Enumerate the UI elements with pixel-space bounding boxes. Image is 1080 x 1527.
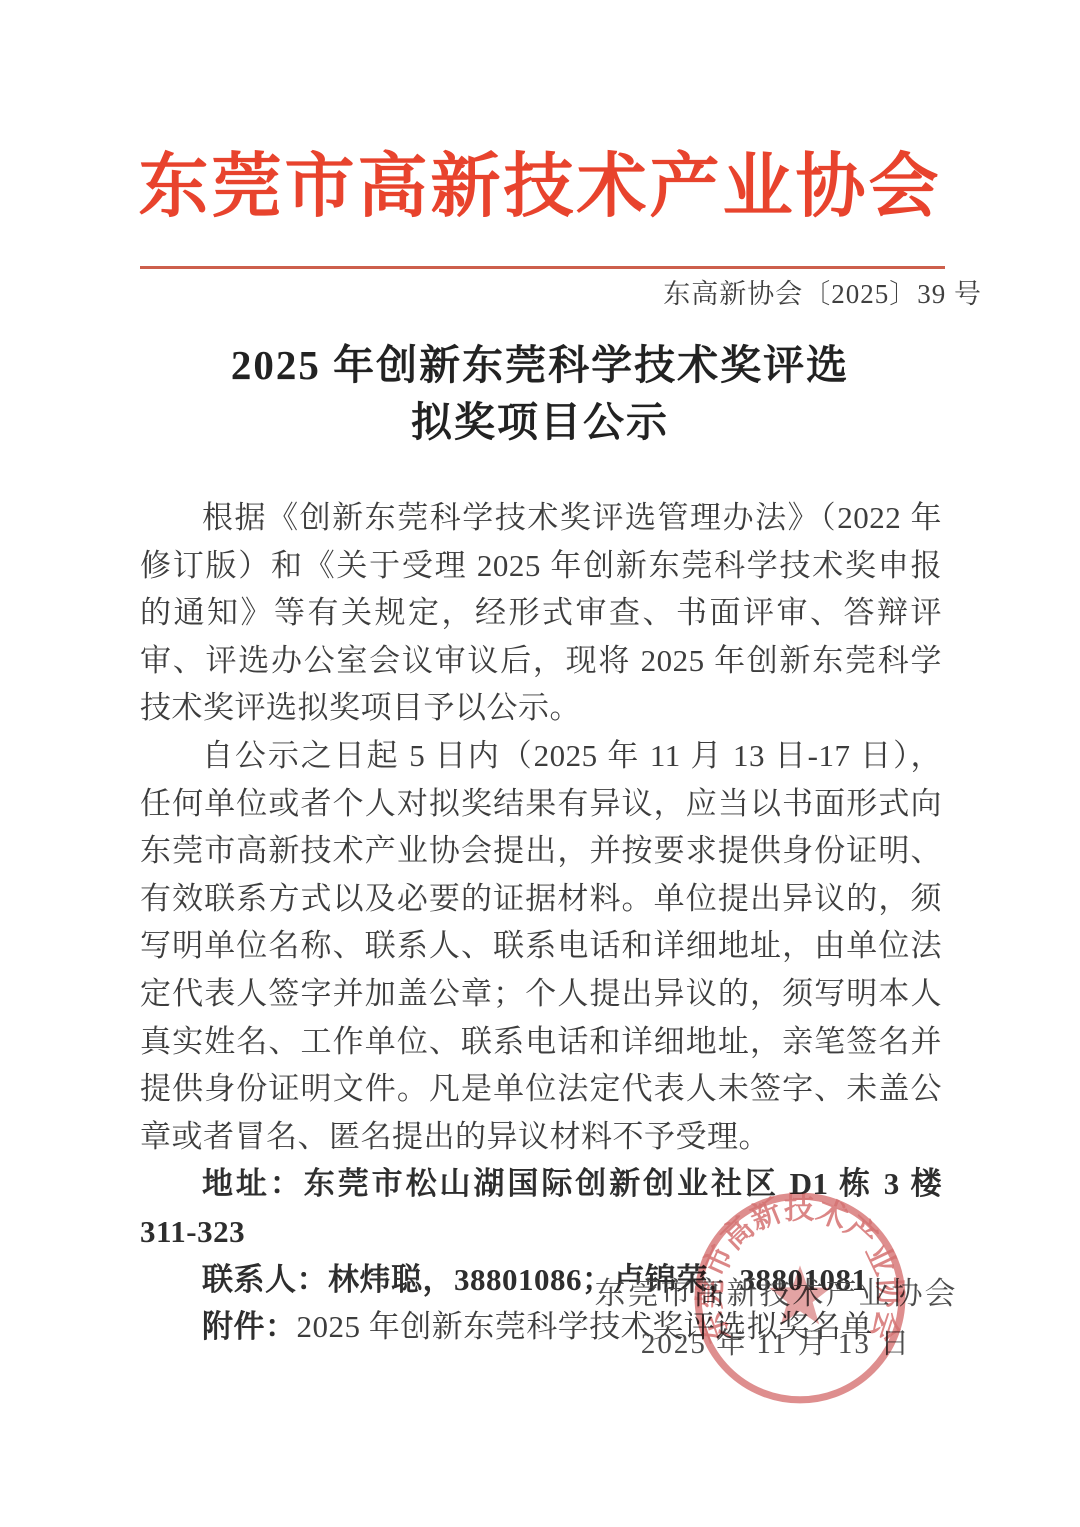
document-title: 2025 年创新东莞科学技术奖评选 拟奖项目公示 [0, 337, 1080, 451]
address-line: 地址：东莞市松山湖国际创新创业社区 D1 栋 3 楼 311-323 [140, 1160, 942, 1255]
letterhead-title: 东莞市高新技术产业协会 [0, 148, 1080, 225]
document-title-line1: 2025 年创新东莞科学技术奖评选 [0, 337, 1080, 394]
document-title-line2: 拟奖项目公示 [0, 394, 1080, 451]
letterhead-divider-rule [140, 266, 945, 269]
signature-block: 东莞市高新技术产业协会 2025 年 11 月 13 日 [560, 1276, 992, 1361]
document-number: 东高新协会〔2025〕39 号 [663, 277, 982, 311]
attachment-label: 附件： [202, 1309, 297, 1344]
document-body: 根据《创新东莞科学技术奖评选管理办法》（2022 年修订版）和《关于受理 202… [140, 494, 942, 1351]
signature-organization: 东莞市高新技术产业协会 [560, 1276, 992, 1312]
document-page: 东莞市高新技术产业协会 东高新协会〔2025〕39 号 2025 年创新东莞科学… [0, 0, 1080, 1527]
body-paragraph-1: 根据《创新东莞科学技术奖评选管理办法》（2022 年修订版）和《关于受理 202… [140, 494, 942, 732]
body-paragraph-2: 自公示之日起 5 日内（2025 年 11 月 13 日-17 日），任何单位或… [140, 732, 942, 1160]
signature-date: 2025 年 11 月 13 日 [560, 1327, 992, 1361]
